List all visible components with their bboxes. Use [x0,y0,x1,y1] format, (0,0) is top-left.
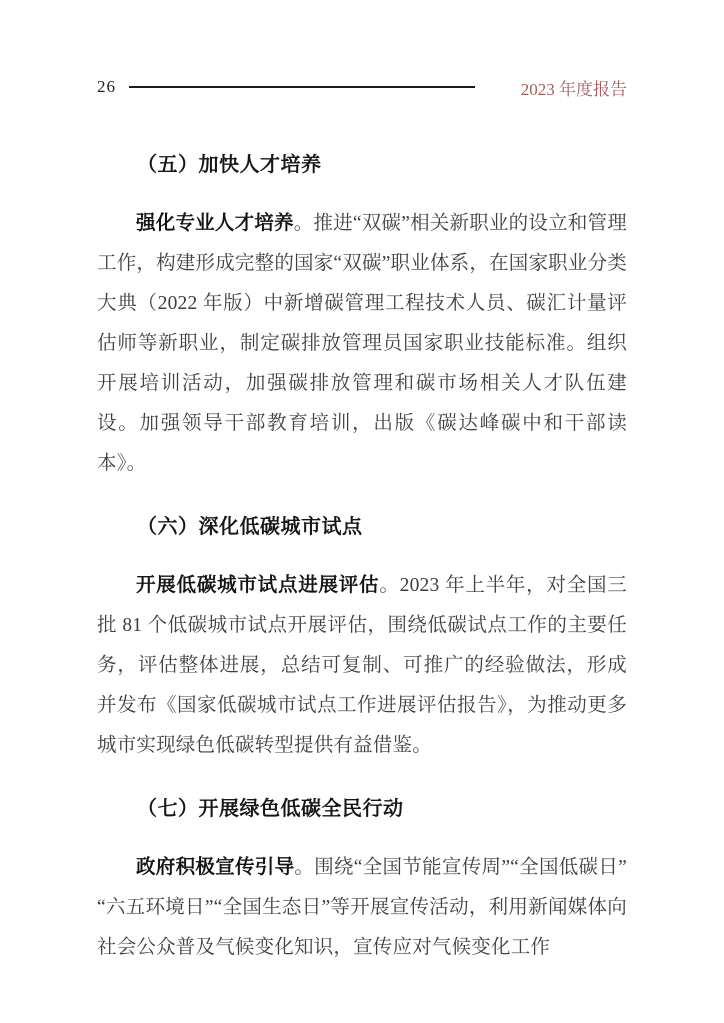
section-5-talent-training: （五）加快人才培养 强化专业人才培养。推进“双碳”相关新职业的设立和管理工作，构… [97,152,627,484]
paragraph-lead: 政府积极宣传引导 [136,857,294,878]
paragraph-body: 。2023 年上半年，对全国三批 81 个低碳城市试点开展评估，围绕低碳试点工作… [97,575,627,756]
paragraph-lead: 开展低碳城市试点进展评估 [136,575,379,596]
paragraph-lead: 强化专业人才培养 [136,213,294,234]
section-heading: （五）加快人才培养 [97,152,627,178]
page-body: （五）加快人才培养 强化专业人才培养。推进“双碳”相关新职业的设立和管理工作，构… [97,152,627,968]
paragraph: 强化专业人才培养。推进“双碳”相关新职业的设立和管理工作，构建形成完整的国家“双… [97,204,627,484]
page-header: 26 2023 年度报告 [97,76,627,98]
paragraph: 开展低碳城市试点进展评估。2023 年上半年，对全国三批 81 个低碳城市试点开… [97,566,627,766]
section-heading: （六）深化低碳城市试点 [97,514,627,540]
section-7-green-low-carbon-action: （七）开展绿色低碳全民行动 政府积极宣传引导。围绕“全国节能宣传周”“全国低碳日… [97,796,627,968]
page-number: 26 [97,77,116,97]
document-page: 26 2023 年度报告 （五）加快人才培养 强化专业人才培养。推进“双碳”相关… [0,0,724,1023]
section-6-low-carbon-city-pilot: （六）深化低碳城市试点 开展低碳城市试点进展评估。2023 年上半年，对全国三批… [97,514,627,766]
paragraph-body: 。推进“双碳”相关新职业的设立和管理工作，构建形成完整的国家“双碳”职业体系，在… [97,213,627,474]
header-rule [129,86,475,88]
report-title: 2023 年度报告 [521,75,627,100]
paragraph: 政府积极宣传引导。围绕“全国节能宣传周”“全国低碳日”“六五环境日”“全国生态日… [97,848,627,968]
section-heading: （七）开展绿色低碳全民行动 [97,796,627,822]
